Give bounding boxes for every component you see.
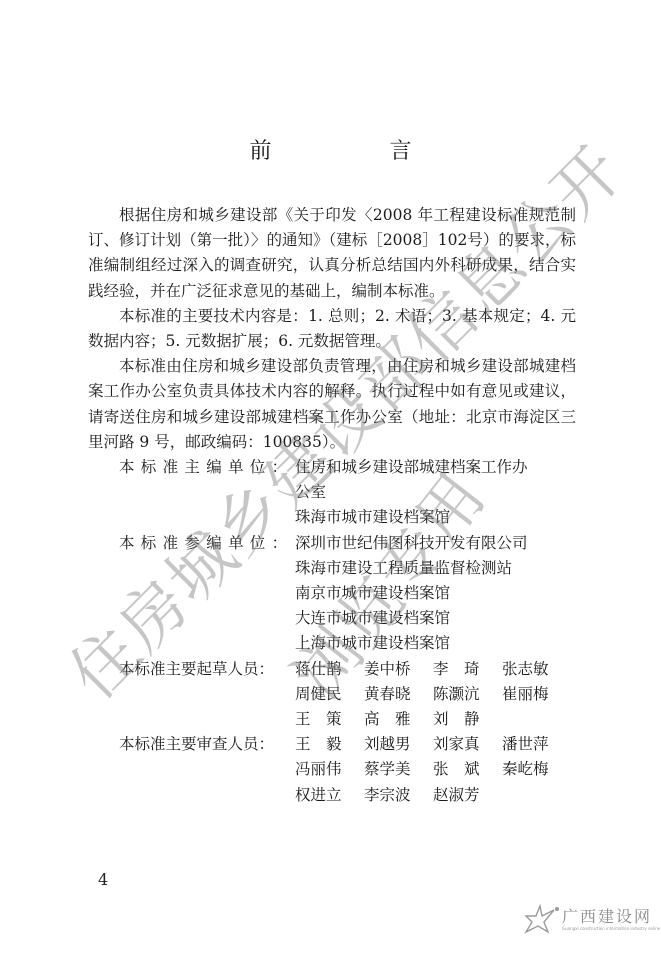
chief-units-label: 本标准主编单位： bbox=[88, 455, 295, 531]
participating-unit: 深圳市世纪伟图科技开发有限公司 bbox=[295, 531, 576, 556]
reviewer-name: 蔡学美 bbox=[364, 757, 433, 782]
chief-units-row: 本标准主编单位： 住房和城乡建设部城建档案工作办 公室 珠海市城市建设档案馆 bbox=[88, 455, 576, 531]
reviewer-name: 李宗波 bbox=[364, 783, 433, 808]
document-body: 根据住房和城乡建设部《关于印发〈2008 年工程建设标准规范制订、修订计划（第一… bbox=[88, 203, 576, 808]
paragraph-management: 本标准由住房和城乡建设部负责管理，由住房和城乡建设部城建档案工作办公室负责具体技… bbox=[88, 354, 576, 455]
chief-unit: 住房和城乡建设部城建档案工作办 bbox=[295, 455, 576, 480]
credits-section: 本标准主编单位： 住房和城乡建设部城建档案工作办 公室 珠海市城市建设档案馆 本… bbox=[88, 455, 576, 808]
drafter-name: 高 雅 bbox=[364, 707, 433, 732]
drafter-name: 李 琦 bbox=[433, 657, 502, 682]
drafter-name: 刘 静 bbox=[433, 707, 502, 732]
page-title: 前 言 bbox=[0, 134, 661, 165]
reviewer-name: 刘家真 bbox=[433, 732, 502, 757]
participating-unit: 大连市城市建设档案馆 bbox=[295, 606, 576, 631]
reviewer-name: 刘越男 bbox=[364, 732, 433, 757]
logo-name: 广西建设网 bbox=[562, 904, 652, 927]
reviewer-name: 王 毅 bbox=[295, 732, 364, 757]
participating-units-label: 本标准参编单位： bbox=[88, 531, 295, 657]
star-swoosh-icon bbox=[520, 902, 560, 936]
paragraph-technical-content: 本标准的主要技术内容是：1. 总则；2. 术语；3. 基本规定；4. 元数据内容… bbox=[88, 304, 576, 354]
drafters-label: 本标准主要起草人员： bbox=[88, 657, 295, 733]
reviewer-name: 赵淑芳 bbox=[433, 783, 502, 808]
reviewer-name: 张 斌 bbox=[433, 757, 502, 782]
reviewer-name: 冯丽伟 bbox=[295, 757, 364, 782]
drafter-name: 黄春晓 bbox=[364, 682, 433, 707]
paragraph-background: 根据住房和城乡建设部《关于印发〈2008 年工程建设标准规范制订、修订计划（第一… bbox=[88, 203, 576, 304]
drafter-name: 王 策 bbox=[295, 707, 364, 732]
drafter-name: 张志敏 bbox=[502, 657, 571, 682]
reviewer-name: 权进立 bbox=[295, 783, 364, 808]
reviewers-label: 本标准主要审查人员： bbox=[88, 732, 295, 808]
chief-unit-cont: 公室 bbox=[295, 480, 576, 505]
drafter-name: 周健民 bbox=[295, 682, 364, 707]
participating-unit: 珠海市建设工程质量监督检测站 bbox=[295, 556, 576, 581]
drafters-row: 本标准主要起草人员： 蒋仕鹊 姜中桥 李 琦 张志敏 周健民 黄春晓 陈灏沆 崔… bbox=[88, 657, 576, 733]
reviewers-row: 本标准主要审查人员： 王 毅 刘越男 刘家真 潘世萍 冯丽伟 蔡学美 张 斌 秦… bbox=[88, 732, 576, 808]
document-page: 前 言 根据住房和城乡建设部《关于印发〈2008 年工程建设标准规范制订、修订计… bbox=[0, 0, 661, 958]
logo-subtitle: Guangxi construction information industr… bbox=[562, 926, 660, 931]
reviewer-name: 秦屹梅 bbox=[502, 757, 571, 782]
drafter-name: 崔丽梅 bbox=[502, 682, 571, 707]
participating-units-row: 本标准参编单位： 深圳市世纪伟图科技开发有限公司 珠海市建设工程质量监督检测站 … bbox=[88, 531, 576, 657]
chief-unit: 珠海市城市建设档案馆 bbox=[295, 505, 576, 530]
drafter-name: 蒋仕鹊 bbox=[295, 657, 364, 682]
participating-unit: 上海市城市建设档案馆 bbox=[295, 631, 576, 656]
page-number: 4 bbox=[98, 870, 108, 889]
participating-unit: 南京市城市建设档案馆 bbox=[295, 581, 576, 606]
drafter-name: 姜中桥 bbox=[364, 657, 433, 682]
drafter-name: 陈灏沆 bbox=[433, 682, 502, 707]
reviewer-name: 潘世萍 bbox=[502, 732, 571, 757]
site-logo: 广西建设网 Guangxi construction information i… bbox=[520, 900, 660, 950]
